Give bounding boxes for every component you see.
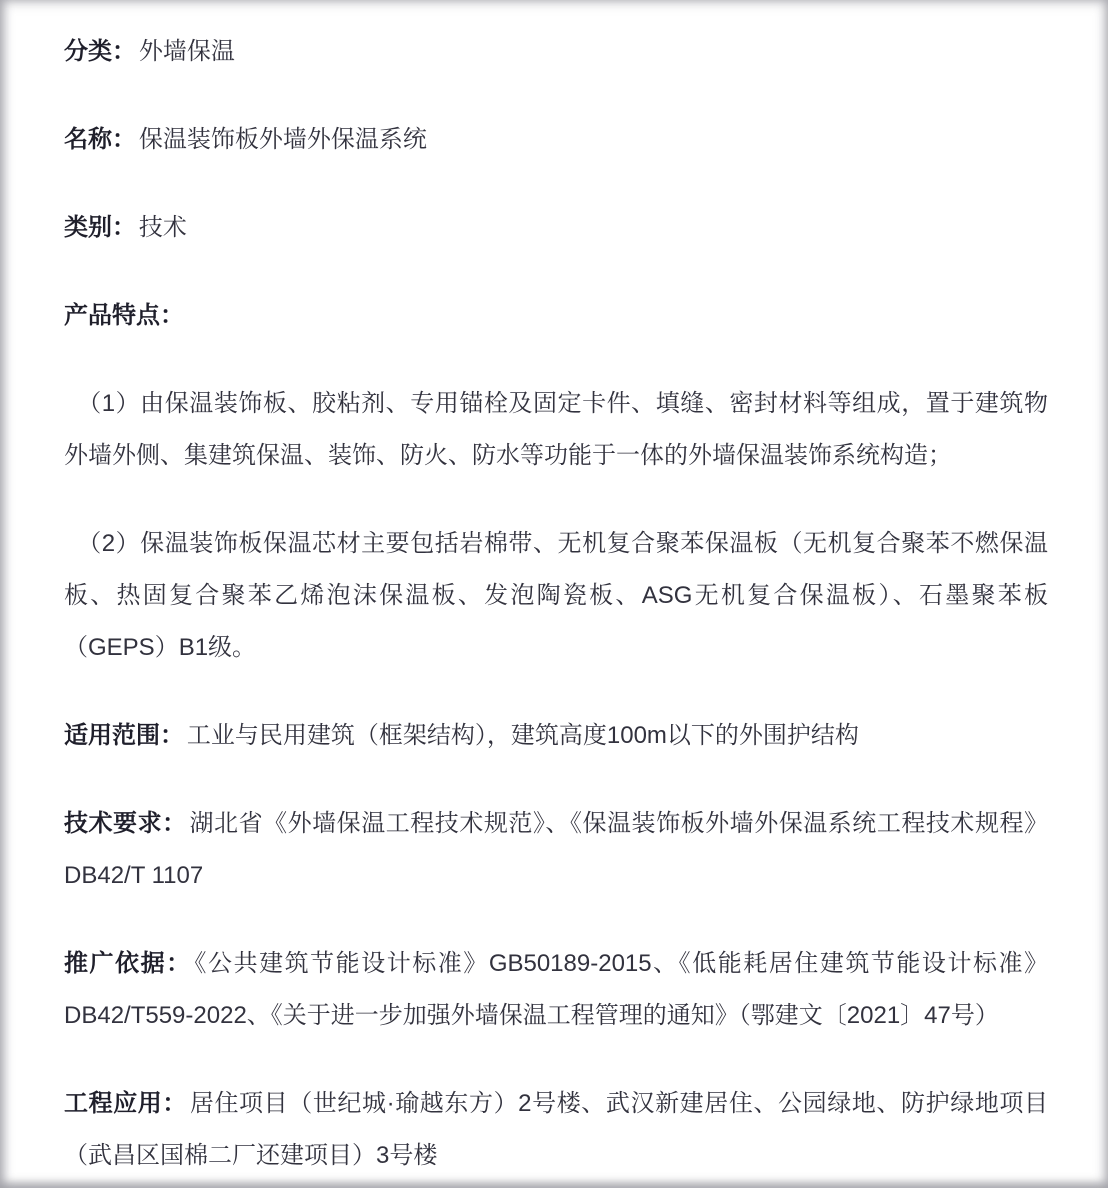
field-scope-label: 适用范围：: [64, 722, 184, 749]
field-applications-value: 居住项目（世纪城·瑜越东方）2号楼、武汉新建居住、公园绿地、防护绿地项目（武昌区…: [64, 1090, 1048, 1169]
field-type-value: 技术: [139, 214, 187, 241]
field-tech-requirements-value: 湖北省《外墙保温工程技术规范》、《保温装饰板外墙外保温系统工程技术规程》DB42…: [64, 810, 1048, 889]
field-name: 名称：保温装饰板外墙外保温系统: [64, 114, 1048, 166]
field-scope: 适用范围：工业与民用建筑（框架结构），建筑高度100m以下的外围护结构: [64, 710, 1048, 762]
field-promotion-basis-label: 推广依据：: [64, 950, 192, 977]
field-name-value: 保温装饰板外墙外保温系统: [139, 126, 427, 153]
field-promotion-basis: 推广依据：《公共建筑节能设计标准》GB50189-2015、《低能耗居住建筑节能…: [64, 938, 1048, 1042]
feature-item-1: （1）由保温装饰板、胶粘剂、专用锚栓及固定卡件、填缝、密封材料等组成，置于建筑物…: [64, 378, 1048, 482]
field-name-label: 名称：: [64, 126, 136, 153]
field-tech-requirements-label: 技术要求：: [64, 810, 187, 837]
features-heading: 产品特点：: [64, 290, 1048, 342]
document-page: 分类：外墙保温 名称：保温装饰板外墙外保温系统 类别：技术 产品特点： （1）由…: [0, 0, 1108, 1188]
field-category-value: 外墙保温: [139, 38, 235, 65]
field-category: 分类：外墙保温: [64, 26, 1048, 78]
field-type: 类别：技术: [64, 202, 1048, 254]
field-tech-requirements: 技术要求：湖北省《外墙保温工程技术规范》、《保温装饰板外墙外保温系统工程技术规程…: [64, 798, 1048, 902]
features-heading-label: 产品特点：: [64, 302, 184, 329]
field-promotion-basis-value: 《公共建筑节能设计标准》GB50189-2015、《低能耗居住建筑节能设计标准》…: [64, 950, 1048, 1029]
feature-item-2: （2）保温装饰板保温芯材主要包括岩棉带、无机复合聚苯保温板（无机复合聚苯不燃保温…: [64, 518, 1048, 674]
product-spec-document: 分类：外墙保温 名称：保温装饰板外墙外保温系统 类别：技术 产品特点： （1）由…: [0, 0, 1108, 1182]
field-category-label: 分类：: [64, 38, 136, 65]
field-scope-value: 工业与民用建筑（框架结构），建筑高度100m以下的外围护结构: [187, 722, 859, 749]
field-applications: 工程应用：居住项目（世纪城·瑜越东方）2号楼、武汉新建居住、公园绿地、防护绿地项…: [64, 1078, 1048, 1182]
field-type-label: 类别：: [64, 214, 136, 241]
field-applications-label: 工程应用：: [64, 1090, 187, 1117]
